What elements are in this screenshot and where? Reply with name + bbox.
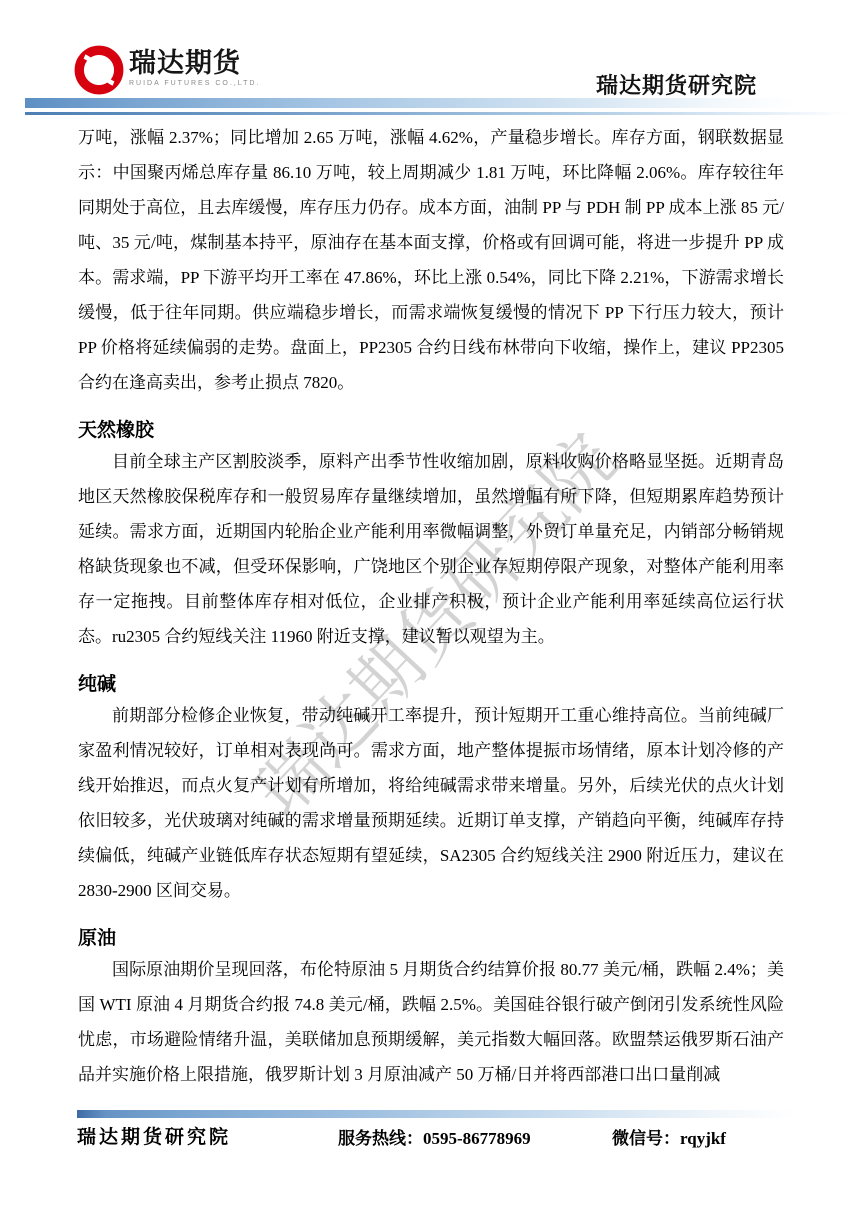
paragraph-soda-ash: 前期部分检修企业恢复，带动纯碱开工率提升，预计短期开工重心维持高位。当前纯碱厂家…: [78, 698, 784, 908]
paragraph-crude-oil: 国际原油期价呈现回落，布伦特原油 5 月期货合约结算价报 80.77 美元/桶，…: [78, 952, 784, 1092]
footer-wechat: 微信号：rqyjkf: [612, 1124, 726, 1149]
section-heading-crude-oil: 原油: [78, 928, 784, 950]
footer-hotline-label: 服务热线：: [338, 1129, 423, 1148]
paragraph-natural-rubber: 目前全球主产区割胶淡季，原料产出季节性收缩加剧，原料收购价格略显坚挺。近期青岛地…: [78, 444, 784, 654]
section-heading-soda-ash: 纯碱: [78, 674, 784, 696]
header-divider-bar: [25, 98, 795, 108]
brand-name: 瑞达期货: [129, 48, 260, 78]
footer-hotline-number: 0595-86778969: [423, 1129, 531, 1148]
footer-divider-bar: [77, 1110, 795, 1118]
footer-wechat-id: rqyjkf: [680, 1129, 726, 1148]
document-body: 万吨，涨幅 2.37%；同比增加 2.65 万吨，涨幅 4.62%，产量稳步增长…: [78, 120, 784, 1092]
header-divider-line: [25, 112, 847, 115]
section-heading-natural-rubber: 天然橡胶: [78, 420, 784, 442]
footer-org: 瑞达期货研究院: [77, 1122, 231, 1149]
ruida-logo-icon: [72, 42, 126, 96]
footer-hotline: 服务热线：0595-86778969: [338, 1124, 531, 1149]
brand-text: 瑞达期货 RUIDA FUTURES CO.,LTD.: [129, 42, 260, 87]
footer-wechat-label: 微信号：: [612, 1129, 680, 1148]
brand-subtitle: RUIDA FUTURES CO.,LTD.: [129, 80, 260, 87]
report-page: 瑞达期货 RUIDA FUTURES CO.,LTD. 瑞达期货研究院 瑞达期货…: [0, 0, 860, 1217]
brand-logo: 瑞达期货 RUIDA FUTURES CO.,LTD.: [72, 42, 260, 96]
paragraph-pp: 万吨，涨幅 2.37%；同比增加 2.65 万吨，涨幅 4.62%，产量稳步增长…: [78, 120, 784, 400]
report-title: 瑞达期货研究院: [596, 69, 757, 100]
